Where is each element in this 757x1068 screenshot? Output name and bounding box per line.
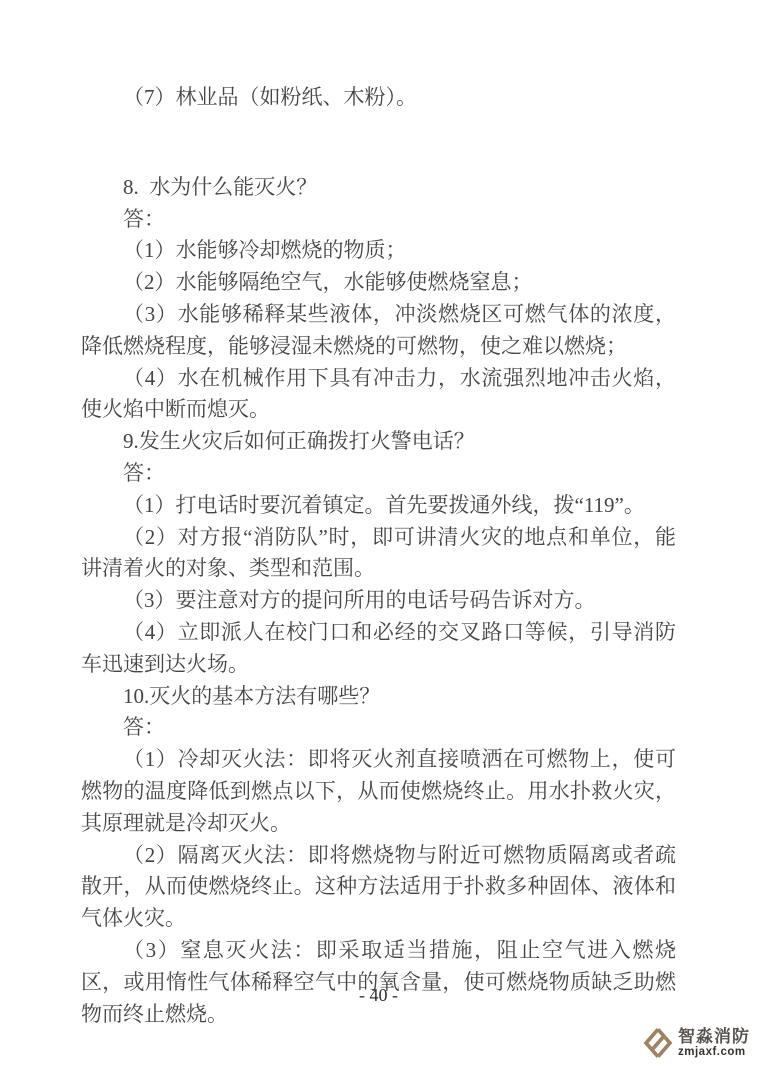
q9-answer-point-3: （3）要注意对方的提问所用的电话号码告诉对方。: [81, 585, 676, 617]
brand-name-label: 智淼消防: [678, 1028, 750, 1046]
q10-answer-point-2: （2）隔离灭火法：即将燃烧物与附近可燃物质隔离或者疏散开，从而使燃烧终止。这种方…: [81, 840, 676, 935]
question-8-heading: 8. 水为什么能灭火？: [81, 172, 676, 204]
question-10-heading: 10.灭火的基本方法有哪些？: [81, 681, 676, 713]
q8-answer-point-1: （1）水能够冷却燃烧的物质；: [81, 235, 676, 267]
document-body: （7）林业品（如粉纸、木粉）。 8. 水为什么能灭火？ 答： （1）水能够冷却燃…: [81, 82, 676, 1030]
q8-answer-point-2: （2）水能够隔绝空气，水能够使燃烧窒息；: [81, 267, 676, 299]
document-page: （7）林业品（如粉纸、木粉）。 8. 水为什么能灭火？ 答： （1）水能够冷却燃…: [0, 0, 757, 1068]
watermark-text-block: 智淼消防 zmjaxf.com: [678, 1028, 750, 1058]
answer-label: 答：: [81, 712, 676, 744]
q8-answer-point-4: （4）水在机械作用下具有冲击力，水流强烈地冲击火焰，使火焰中断而熄灭。: [81, 363, 676, 427]
page-number: - 40 -: [0, 985, 757, 1006]
q9-answer-point-1: （1）打电话时要沉着镇定。首先要拨通外线，拨“119”。: [81, 490, 676, 522]
paragraph-item-7-forestry: （7）林业品（如粉纸、木粉）。: [81, 82, 676, 114]
diamond-z-logo-icon: [643, 1026, 673, 1060]
q8-answer-point-3: （3）水能够稀释某些液体，冲淡燃烧区可燃气体的浓度，降低燃烧程度，能够浸湿未燃烧…: [81, 299, 676, 363]
answer-label: 答：: [81, 204, 676, 236]
q9-answer-point-2: （2）对方报“消防队”时，即可讲清火灾的地点和单位，能讲清着火的对象、类型和范围…: [81, 522, 676, 586]
brand-domain-label: zmjaxf.com: [678, 1046, 750, 1058]
brand-watermark-link[interactable]: 智淼消防 zmjaxf.com: [643, 1026, 750, 1060]
answer-label: 答：: [81, 458, 676, 490]
q10-answer-point-1: （1）冷却灭火法：即将灭火剂直接喷洒在可燃物上，使可燃物的温度降低到燃点以下，从…: [81, 744, 676, 839]
q9-answer-point-4: （4）立即派人在校门口和必经的交叉路口等候，引导消防车迅速到达火场。: [81, 617, 676, 681]
question-9-heading: 9.发生火灾后如何正确拨打火警电话？: [81, 426, 676, 458]
q10-answer-point-3: （3）窒息灭火法：即采取适当措施，阻止空气进入燃烧区，或用惰性气体稀释空气中的氧…: [81, 935, 676, 1030]
